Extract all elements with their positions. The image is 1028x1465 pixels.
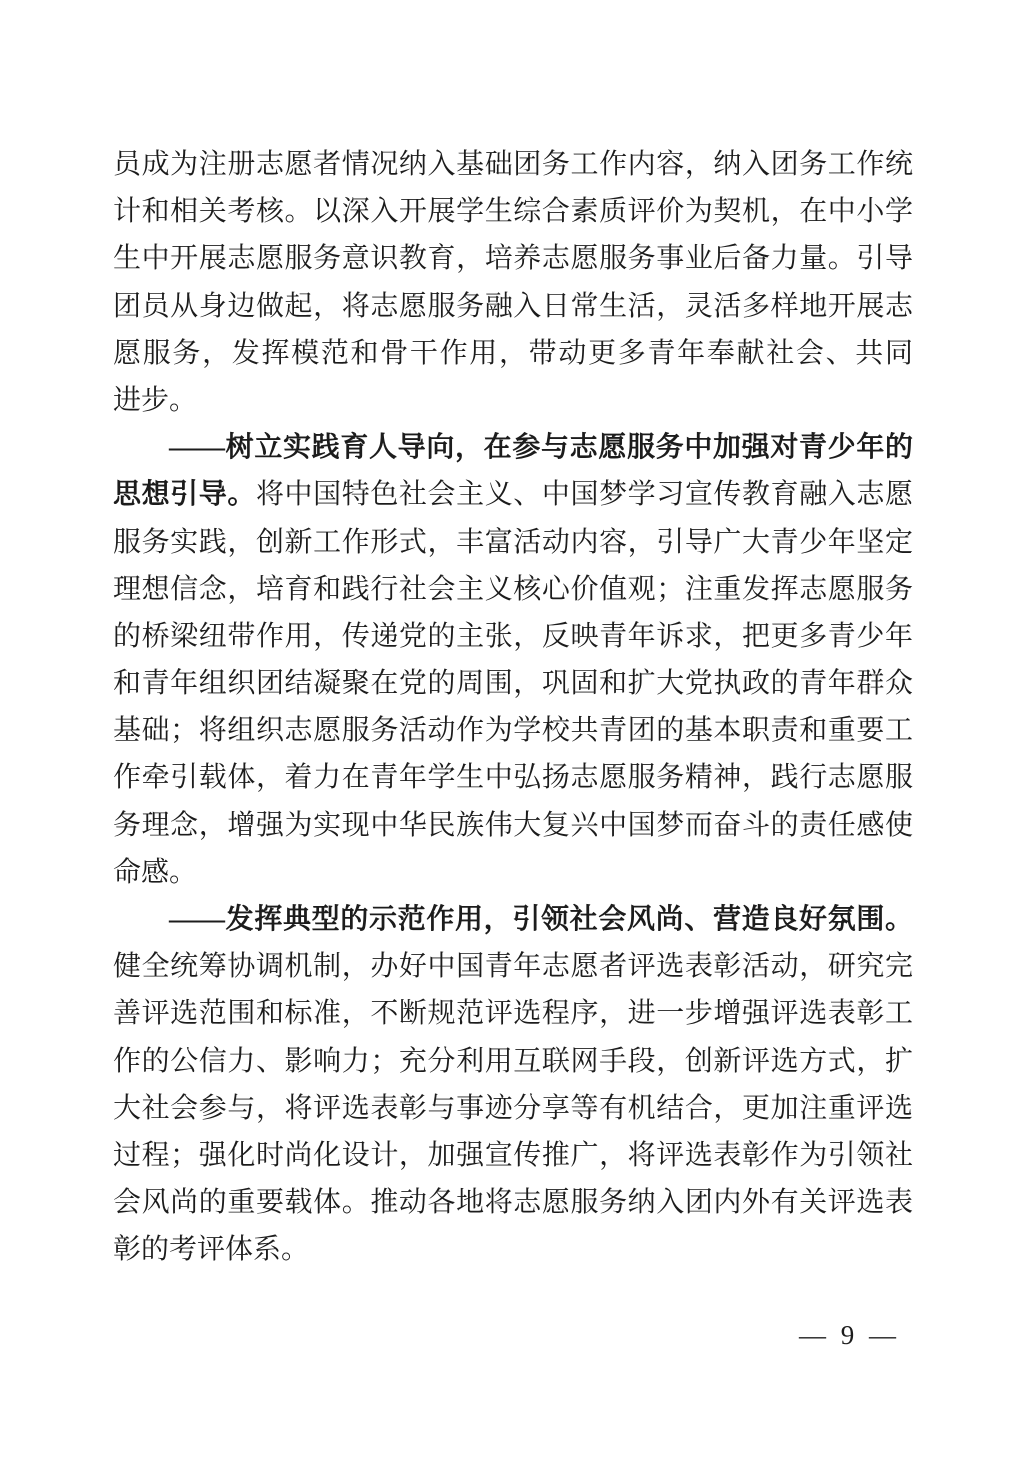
document-page: 员成为注册志愿者情况纳入基础团务工作内容，纳入团务工作统计和相关考核。以深入开展…	[0, 0, 1028, 1465]
text-line: 愿服务，发挥模范和骨干作用，带动更多青年奉献社会、共同	[113, 330, 913, 377]
text-line: 计和相关考核。以深入开展学生综合素质评价为契机，在中小学	[113, 188, 913, 235]
page-number: — 9 —	[799, 1320, 900, 1350]
paragraph-lead-line: ——树立实践育人导向，在参与志愿服务中加强对青少年的	[113, 424, 913, 471]
text-line: 思想引导。将中国特色社会主义、中国梦学习宣传教育融入志愿	[113, 471, 913, 518]
text-line: 进步。	[113, 377, 913, 424]
text-line: 命感。	[113, 849, 913, 896]
text-line: 大社会参与，将评选表彰与事迹分享等有机结合，更加注重评选	[113, 1085, 913, 1132]
text-line: 的桥梁纽带作用，传递党的主张，反映青年诉求，把更多青少年	[113, 613, 913, 660]
text-line: 员成为注册志愿者情况纳入基础团务工作内容，纳入团务工作统	[113, 141, 913, 188]
text-line: 和青年组织团结凝聚在党的周围，巩固和扩大党执政的青年群众	[113, 660, 913, 707]
text-line: 作牵引载体，着力在青年学生中弘扬志愿服务精神，践行志愿服	[113, 754, 913, 801]
text-line: 理想信念，培育和践行社会主义核心价值观；注重发挥志愿服务	[113, 566, 913, 613]
text-line: 务理念，增强为实现中华民族伟大复兴中国梦而奋斗的责任感使	[113, 802, 913, 849]
text-line: 过程；强化时尚化设计，加强宣传推广，将评选表彰作为引领社	[113, 1132, 913, 1179]
paragraph-lead-line: ——发挥典型的示范作用，引领社会风尚、营造良好氛围。	[113, 896, 913, 943]
text-line: 基础；将组织志愿服务活动作为学校共青团的基本职责和重要工	[113, 707, 913, 754]
text-line: 健全统筹协调机制，办好中国青年志愿者评选表彰活动，研究完	[113, 943, 913, 990]
text-line: 善评选范围和标准，不断规范评选程序，进一步增强评选表彰工	[113, 990, 913, 1037]
text-line: 会风尚的重要载体。推动各地将志愿服务纳入团内外有关评选表	[113, 1179, 913, 1226]
text-line: 生中开展志愿服务意识教育，培养志愿服务事业后备力量。引导	[113, 235, 913, 282]
text-line: 彰的考评体系。	[113, 1226, 913, 1273]
text-line: 服务实践，创新工作形式，丰富活动内容，引导广大青少年坚定	[113, 519, 913, 566]
text-line: 作的公信力、影响力；充分利用互联网手段，创新评选方式，扩	[113, 1038, 913, 1085]
document-body: 员成为注册志愿者情况纳入基础团务工作内容，纳入团务工作统计和相关考核。以深入开展…	[113, 141, 913, 1274]
lead-in-bold-text: 思想引导。	[113, 479, 256, 510]
text-line: 团员从身边做起，将志愿服务融入日常生活，灵活多样地开展志	[113, 283, 913, 330]
